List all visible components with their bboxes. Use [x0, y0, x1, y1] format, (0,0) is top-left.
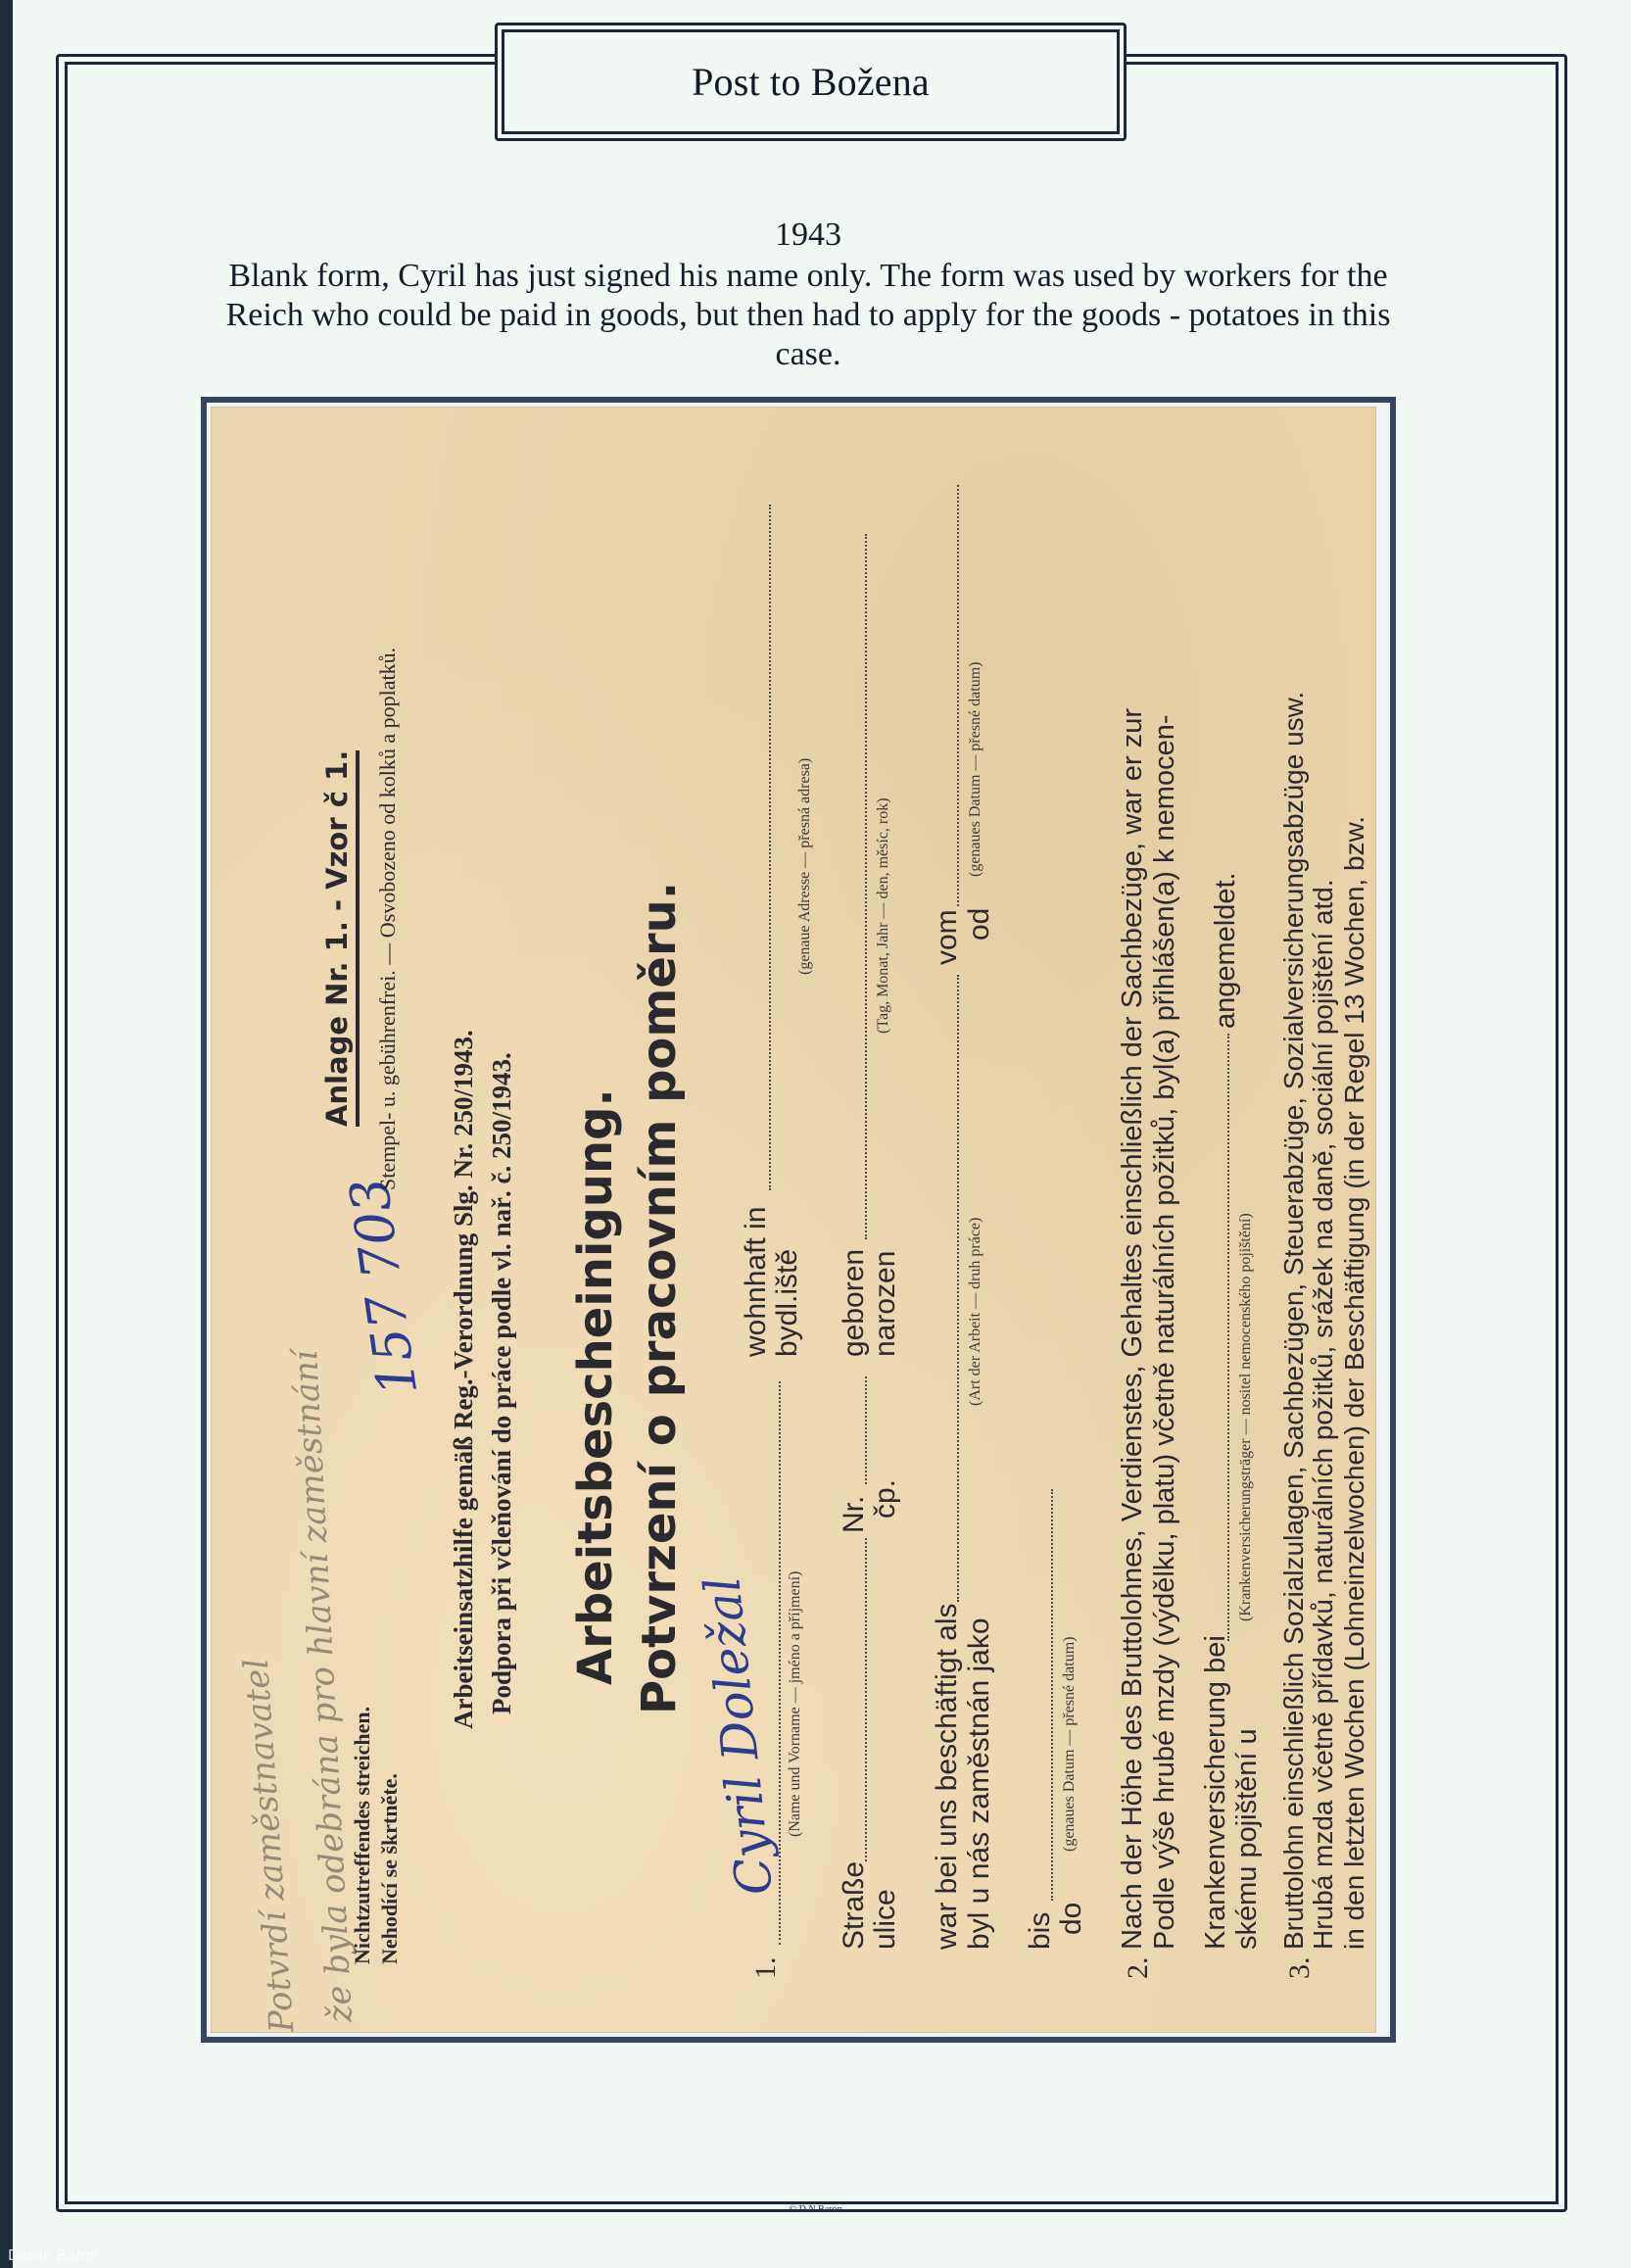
until-cs: do	[1055, 1903, 1088, 1935]
section-3-line-3: in den letzten Wochen (Lohneinzelwochen)…	[1339, 816, 1370, 1950]
house-number-field[interactable]	[865, 1376, 867, 1484]
signature: Cyril Doležal	[694, 1574, 784, 1898]
employed-cs: byl u nás zaměstnán jako	[963, 1617, 996, 1950]
start-date-hint: (genaues Datum — přesné datum)	[967, 662, 984, 877]
form-title-cs: Potvrzení o pracovním poměru.	[632, 882, 687, 1714]
from-de: vom	[931, 909, 964, 965]
end-date-field[interactable]	[1051, 1489, 1053, 1901]
registered-label: angemeldet.	[1210, 872, 1242, 1029]
section-3-number: 3.	[1283, 1957, 1317, 1980]
born-de: geboren	[838, 1249, 871, 1357]
form-title-de: Arbeitsbescheinigung.	[568, 1088, 623, 1685]
ink-number: 157 703	[338, 1174, 429, 1399]
copyright: © D.N.Baron	[0, 2204, 1631, 2215]
house-nr-de: Nr.	[838, 1496, 871, 1533]
annex-label: Anlage Nr. 1. - Vzor č 1.	[320, 750, 360, 1127]
watermark: Derek Baron	[8, 2246, 99, 2264]
health-insurance-cs: skému pojištění u	[1231, 1728, 1264, 1950]
strike-note-de: Nichtzutreffendes streichen.	[350, 1707, 375, 1964]
form-wrapper: Potvrdí zaměstnavatel že byla odebrána p…	[211, 407, 1376, 2033]
caption: 1943 Blank form, Cyril has just signed h…	[196, 216, 1420, 374]
health-insurance-de: Krankenversicherung bei	[1200, 1635, 1232, 1950]
section-3-line-cs: Hrubá mzda včetně přídavků, naturálních …	[1308, 879, 1339, 1950]
section-2-number: 2.	[1122, 1957, 1155, 1980]
section-1-number: 1.	[749, 1957, 783, 1980]
regulation-cs: Podpora při včleňování do práce podle vl…	[487, 1052, 517, 1714]
employed-de: war bei uns beschäftigt als	[931, 1603, 964, 1950]
wohnhaft-de: wohnhaft in	[740, 1207, 773, 1357]
insurer-hint: (Krankenversicherungsträger — nositel ne…	[1237, 1213, 1255, 1621]
address-hint: (genaue Adresse — přesná adresa)	[796, 758, 814, 975]
street-de: Straße	[838, 1861, 871, 1950]
born-cs: narozen	[869, 1251, 902, 1357]
insurer-field[interactable]	[1227, 1034, 1229, 1641]
name-hint: (Name und Vorname — jméno a příjmení)	[787, 1571, 804, 1837]
occupation-field[interactable]	[957, 975, 959, 1602]
work-type-hint: (Art der Arbeit — druh práce)	[967, 1218, 984, 1406]
from-cs: od	[963, 908, 996, 941]
fee-note: Stempel- u. gebührenfrei. — Osvobozeno o…	[375, 648, 401, 1190]
address-field[interactable]	[769, 505, 771, 1190]
pencil-note-line-1: Potvrdí zaměstnavatel	[237, 1658, 303, 2034]
left-edge-strip	[0, 0, 13, 2268]
street-field[interactable]	[865, 1538, 867, 1861]
until-de: bis	[1024, 1912, 1057, 1950]
work-certificate-form: Potvrdí zaměstnavatel že byla odebrána p…	[211, 407, 1376, 2033]
strike-note-cs: Nehodící se škrtněte.	[377, 1773, 403, 1964]
birth-date-field[interactable]	[865, 534, 867, 1239]
caption-text: Blank form, Cyril has just signed his na…	[226, 258, 1391, 372]
regulation-de: Arbeitseinsatzhilfe gemäß Reg.-Verordnun…	[449, 1030, 479, 1729]
title-box: Post to Božena	[502, 29, 1120, 134]
house-nr-cs: čp.	[869, 1479, 902, 1519]
section-2-line-de: Nach der Höhe des Bruttolohnes, Verdiens…	[1117, 708, 1149, 1950]
start-date-field[interactable]	[957, 485, 959, 906]
birth-hint: (Tag, Monat, Jahr — den, měsíc, rok)	[875, 797, 892, 1034]
section-3-line-de: Bruttolohn einschließlich Sozialzulagen,…	[1278, 692, 1310, 1950]
section-2-line-cs: Podle výše hrubé mzdy (výdělku, platu) v…	[1149, 715, 1181, 1951]
end-date-hint: (genaues Datum — přesné datum)	[1061, 1637, 1079, 1852]
page-title: Post to Božena	[692, 59, 930, 105]
street-cs: ulice	[869, 1889, 902, 1950]
wohnhaft-cs: bydl.iště	[771, 1249, 804, 1357]
caption-year: 1943	[196, 216, 1420, 255]
